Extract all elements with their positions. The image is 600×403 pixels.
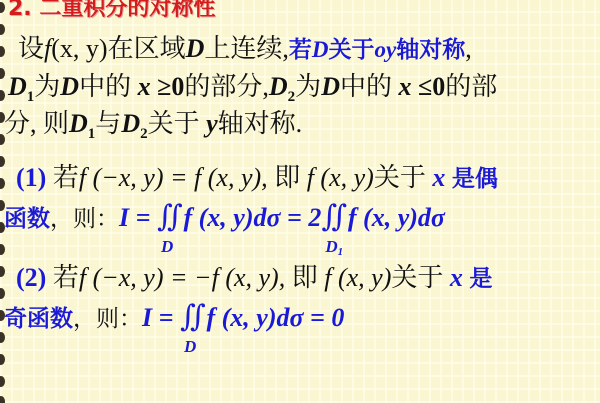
- para-line-2: D1为D中的 x ≥0的部分,D2为D中的 x ≤0的部: [8, 72, 497, 112]
- double-integral-symbol: ∬D: [157, 202, 174, 232]
- binding-ring: [0, 354, 5, 365]
- double-integral-symbol: ∬D1: [321, 202, 338, 232]
- binding-ring: [0, 90, 5, 101]
- case2-formula: 奇函数，则：I = ∬Df (x, y)dσ = 0: [4, 302, 344, 334]
- symmetry-condition: 若D关于oy轴对称: [289, 37, 465, 63]
- case1-condition: (1) 若f (−x, y) = f (x, y), 即 f (x, y)关于 …: [16, 163, 498, 194]
- binding-ring: [0, 396, 5, 403]
- para-line-3: 分, 则D1与D2关于 y轴对称.: [4, 109, 302, 149]
- binding-ring: [0, 376, 5, 387]
- binding-ring: [0, 2, 5, 13]
- case2-condition: (2) 若f (−x, y) = −f (x, y), 即 f (x, y)关于…: [16, 263, 492, 294]
- case1-formula: 函数，则：I = ∬Df (x, y)dσ = 2∬D1f (x, y)dσ: [4, 202, 445, 234]
- para-line-1: 设f(x, y)在区域D上连续,若D关于oy轴对称,: [18, 34, 472, 65]
- binding-ring: [0, 244, 5, 255]
- binding-ring: [0, 266, 5, 277]
- binding-ring: [0, 24, 5, 35]
- section-title: 2. 二重积分的对称性: [8, 0, 215, 24]
- binding-ring: [0, 156, 5, 167]
- binding-ring: [0, 288, 5, 299]
- binding-ring: [0, 68, 5, 79]
- binding-ring: [0, 178, 5, 189]
- binding-ring: [0, 46, 5, 57]
- double-integral-symbol: ∬D: [180, 302, 197, 332]
